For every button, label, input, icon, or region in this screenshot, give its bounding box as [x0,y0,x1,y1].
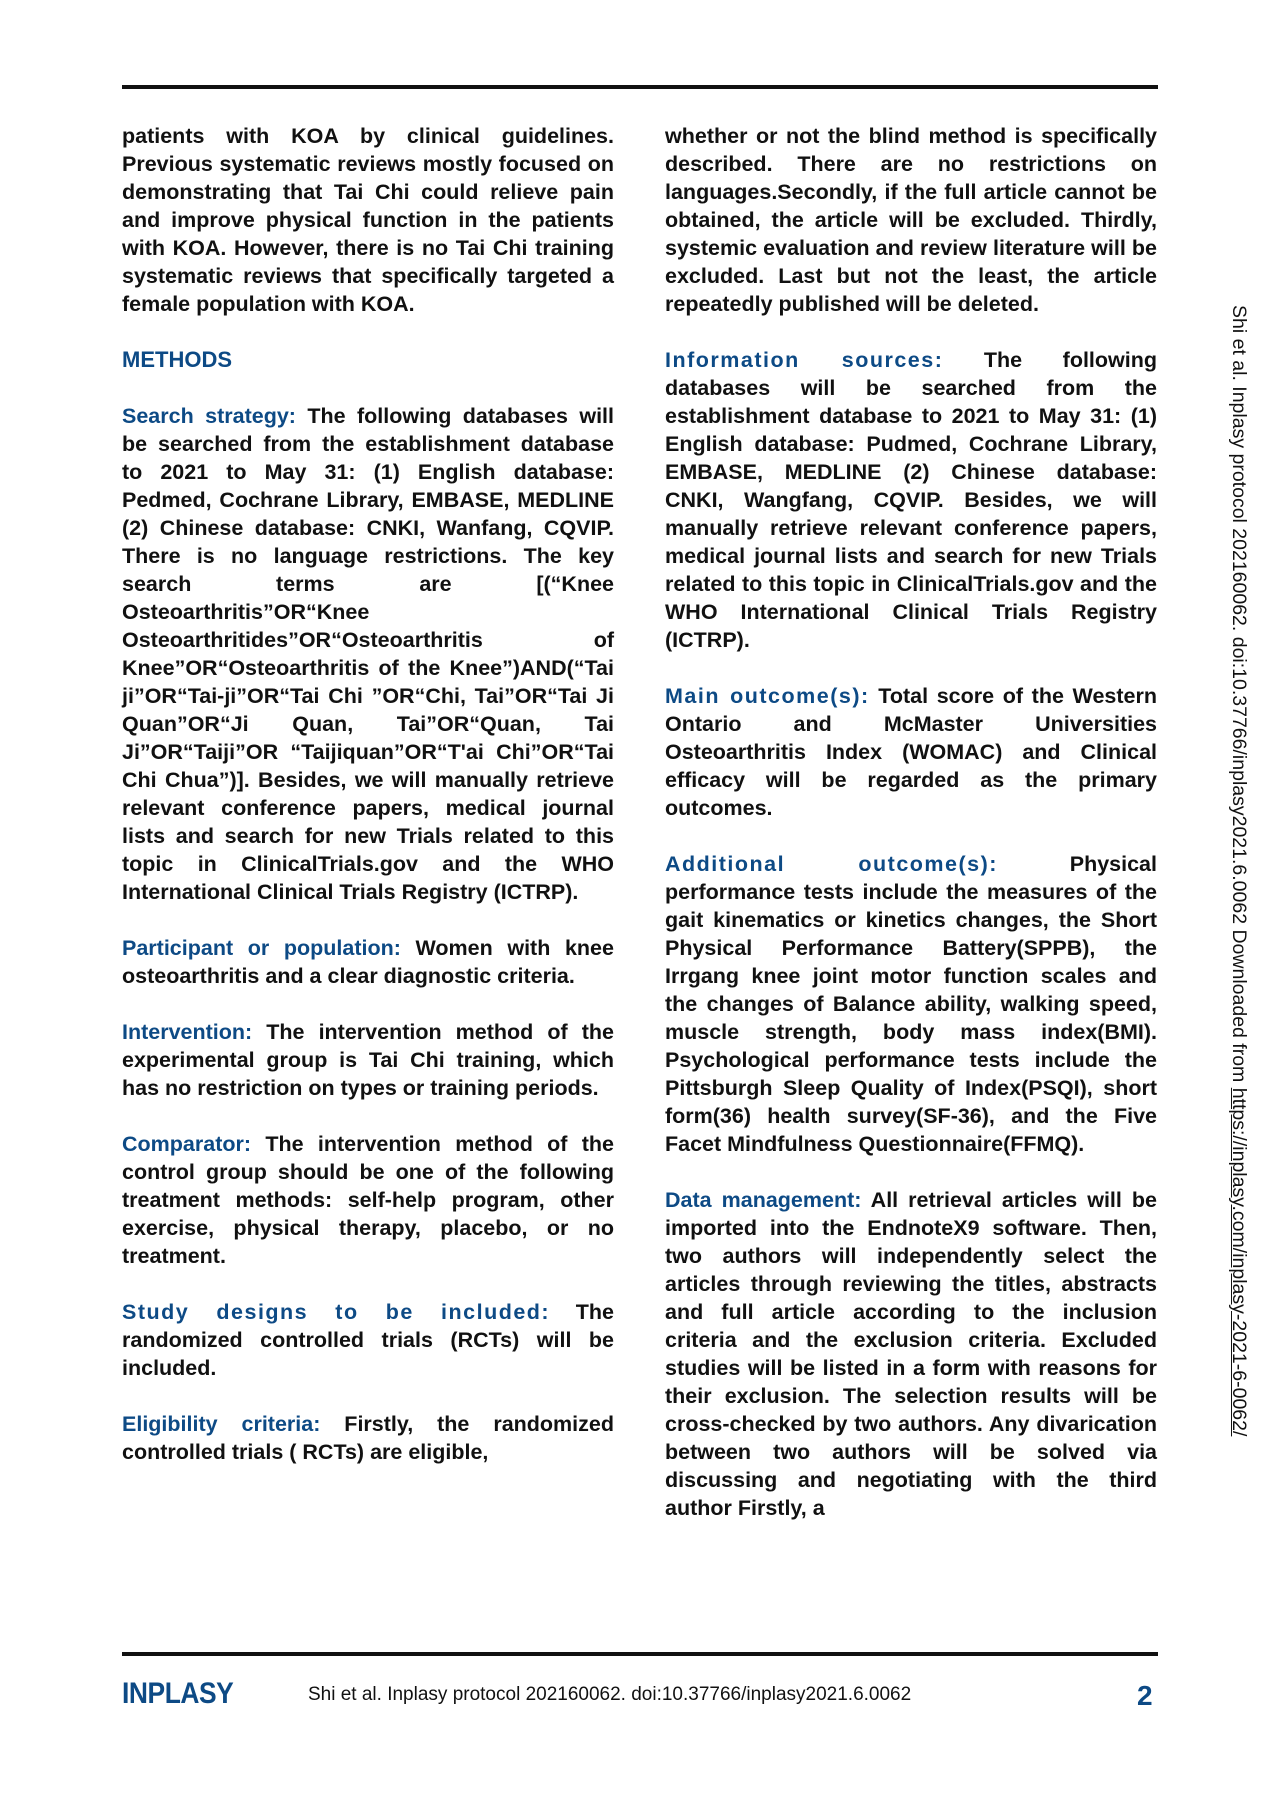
section-intervention: Intervention: The intervention method of… [122,1018,614,1102]
section-label: Data management: [665,1188,861,1212]
section-label: Main outcome(s): [665,684,870,708]
section-eligibility: Eligibility criteria: Firstly, the rando… [122,1410,614,1466]
section-main-outcomes: Main outcome(s): Total score of the West… [665,682,1157,822]
section-comparator: Comparator: The intervention method of t… [122,1130,614,1270]
side-note-text: Shi et al. Inplasy protocol 202160062. d… [1228,305,1250,1088]
section-additional-outcomes: Additional outcome(s): Physical performa… [665,850,1157,1158]
methods-heading: METHODS [122,346,614,374]
section-text: Physical performance tests include the m… [665,852,1157,1156]
section-text: All retrieval articles will be imported … [665,1188,1157,1520]
side-download-note: Shi et al. Inplasy protocol 202160062. d… [1227,305,1250,1436]
section-label: Comparator: [122,1132,251,1156]
section-text: The following databases will be searched… [665,348,1157,652]
right-column: whether or not the blind method is speci… [665,122,1157,1550]
section-label: Participant or population: [122,936,401,960]
intro-paragraph: patients with KOA by clinical guidelines… [122,122,614,318]
section-label: Additional outcome(s): [665,852,998,876]
side-note-link[interactable]: https://inplasy.com/inplasy-2021-6-0062/ [1228,1088,1250,1437]
section-study-designs: Study designs to be included: The random… [122,1298,614,1382]
section-label: Eligibility criteria: [122,1412,320,1436]
section-search-strategy: Search strategy: The following databases… [122,402,614,906]
left-column: patients with KOA by clinical guidelines… [122,122,614,1494]
section-information-sources: Information sources: The following datab… [665,346,1157,654]
continuation-paragraph: whether or not the blind method is speci… [665,122,1157,318]
page-number: 2 [1137,1680,1153,1712]
bottom-rule [122,1652,1158,1656]
section-label: Study designs to be included: [122,1300,550,1324]
footer-brand-logo: INPLASY [122,1677,233,1711]
section-participant: Participant or population: Women with kn… [122,934,614,990]
footer-citation: Shi et al. Inplasy protocol 202160062. d… [308,1684,911,1706]
section-label: Search strategy: [122,404,296,428]
top-rule [122,85,1158,89]
section-data-management: Data management: All retrieval articles … [665,1186,1157,1522]
section-label: Information sources: [665,348,943,372]
section-text: The following databases will be searched… [122,404,614,904]
section-label: Intervention: [122,1020,252,1044]
